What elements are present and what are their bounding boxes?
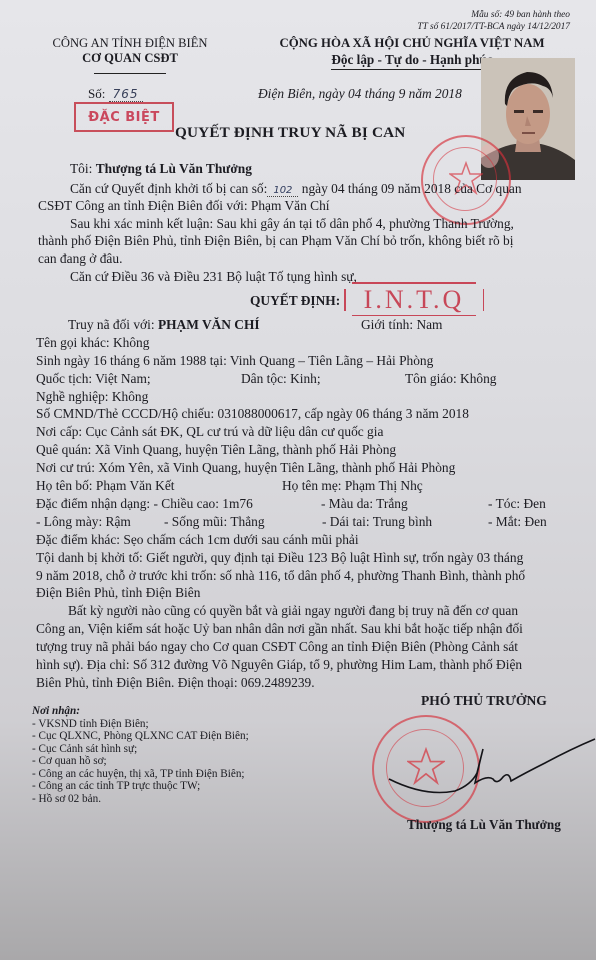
id-issued-by: Nơi cấp: Cục Cảnh sát ĐK, QL cư trú và d…	[36, 423, 383, 440]
signatory-title: PHÓ THỦ TRƯỞNG	[421, 693, 547, 709]
document-title: QUYẾT ĐỊNH TRUY NÃ BỊ CAN	[175, 124, 405, 142]
decision-stamp: I.N.T.Q	[344, 285, 484, 315]
other-marks: Đặc điểm khác: Sẹo chấm cách 1cm dưới sa…	[36, 531, 359, 548]
wanted-subject-line: Truy nã đối với: PHẠM VĂN CHÍ	[68, 316, 260, 333]
document-number: Số: 765	[88, 86, 143, 102]
preamble-line-5: can đang ở đâu.	[38, 250, 122, 267]
handwritten-case-number: 102	[267, 185, 298, 197]
feature-hair: - Tóc: Đen	[488, 495, 546, 512]
recipients-heading: Nơi nhận:	[32, 705, 249, 718]
suspect-alias: Tên gọi khác: Không	[36, 334, 149, 351]
instruction-line-1: Bất kỳ người nào cũng có quyền bắt và gi…	[68, 602, 518, 619]
feature-height: Đặc điểm nhận dạng: - Chiều cao: 1m76	[36, 495, 253, 512]
nation-name: CỘNG HÒA XÃ HỘI CHỦ NGHĨA VIỆT NAM	[262, 36, 562, 51]
document-number-value: 765	[109, 87, 143, 102]
office-name: CƠ QUAN CSĐT	[20, 51, 240, 66]
special-classification-stamp: ĐẶC BIỆT	[74, 102, 174, 132]
instruction-line-2: Công an, Viện kiểm sát hoặc Uỷ ban nhân …	[36, 620, 523, 637]
issuing-agency-header: CÔNG AN TỈNH ĐIỆN BIÊN CƠ QUAN CSĐT	[20, 36, 240, 74]
instruction-line-4: hình sự). Địa chỉ: Số 312 đường Võ Nguyê…	[36, 656, 522, 673]
issuer-line: Tôi: Thượng tá Lù Văn Thưởng	[70, 160, 252, 177]
header-divider	[94, 73, 166, 74]
suspect-birth: Sinh ngày 16 tháng 6 năm 1988 tại: Vinh …	[36, 352, 433, 369]
form-reference-note: Mẫu số: 49 ban hành theo TT số 61/2017/T…	[417, 9, 570, 33]
recipient-item: - Cơ quan hồ sơ;	[32, 755, 249, 768]
suspect-occupation: Nghề nghiệp: Không	[36, 388, 148, 405]
instruction-line-5: Biên Phủ, tỉnh Điện Biên. Điện thoại: 06…	[36, 674, 315, 691]
suspect-gender: Giới tính: Nam	[361, 316, 442, 333]
decision-heading: QUYẾT ĐỊNH:	[250, 292, 340, 309]
feature-eyebrows: - Lông mày: Rậm	[36, 513, 131, 530]
recipients-list: Nơi nhận: - VKSND tỉnh Điện Biên; - Cục …	[32, 705, 249, 805]
suspect-father: Họ tên bố: Phạm Văn Kết	[36, 477, 174, 494]
recipient-item: - VKSND tỉnh Điện Biên;	[32, 718, 249, 731]
preamble-line-2: CSĐT Công an tỉnh Điện Biên đối với: Phạ…	[38, 197, 330, 214]
recipient-item: - Cục Cảnh sát hình sự;	[32, 743, 249, 756]
recipient-item: - Cục QLXNC, Phòng QLXNC CAT Điện Biên;	[32, 730, 249, 743]
feature-skin: - Màu da: Trắng	[321, 495, 408, 512]
recipient-item: - Hồ sơ 02 bản.	[32, 793, 249, 806]
suspect-nationality: Quốc tịch: Việt Nam;	[36, 370, 151, 387]
signatory-name: Thượng tá Lù Văn Thưởng	[407, 817, 561, 833]
feature-ears: - Dái tai: Trung bình	[322, 513, 432, 530]
instruction-line-3: tượng truy nã phải báo ngay cho Cơ quan …	[36, 638, 518, 655]
suspect-religion: Tôn giáo: Không	[405, 370, 497, 387]
charge-line-3: Điện Biên Phủ, tỉnh Điện Biên	[36, 584, 200, 601]
wanted-notice-document: Mẫu số: 49 ban hành theo TT số 61/2017/T…	[0, 0, 596, 960]
preamble-line-6: Căn cứ Điều 36 và Điều 231 Bộ luật Tố tụ…	[70, 268, 357, 285]
charge-line-2: 9 năm 2018, chỗ ở trước khi trốn: số nhà…	[36, 567, 525, 584]
suspect-ethnicity: Dân tộc: Kinh;	[241, 370, 321, 387]
suspect-id-number: Số CMND/Thẻ CCCD/Hộ chiếu: 031088000617,…	[36, 405, 469, 422]
feature-eyes: - Mắt: Đen	[488, 513, 547, 530]
charge-line-1: Tội danh bị khởi tố: Giết người, quy địn…	[36, 549, 523, 566]
suspect-mother: Họ tên mẹ: Phạm Thị Nhç	[282, 477, 423, 494]
issuer-name: Thượng tá Lù Văn Thưởng	[96, 161, 252, 176]
recipient-item: - Công an các huyện, thị xã, TP tỉnh Điệ…	[32, 768, 249, 781]
suspect-residence: Nơi cư trú: Xóm Yên, xã Vinh Quang, huyệ…	[36, 459, 455, 476]
preamble-line-4: thành phố Điện Biên Phủ, tỉnh Điện Biên,…	[38, 232, 513, 249]
dateline: Điện Biên, ngày 04 tháng 9 năm 2018	[258, 86, 462, 102]
handwritten-signature	[385, 735, 596, 805]
national-motto: Độc lập - Tự do - Hạnh phúc	[331, 52, 492, 70]
suspect-name: PHẠM VĂN CHÍ	[158, 317, 260, 332]
preamble-line-3: Sau khi xác minh kết luận: Sau khi gây á…	[70, 215, 514, 232]
agency-name: CÔNG AN TỈNH ĐIỆN BIÊN	[20, 36, 240, 51]
feature-nose: - Sống mũi: Thẳng	[164, 513, 265, 530]
suspect-hometown: Quê quán: Xã Vinh Quang, huyện Tiên Lãng…	[36, 441, 396, 458]
recipient-item: - Công an các tỉnh TP trực thuộc TW;	[32, 780, 249, 793]
